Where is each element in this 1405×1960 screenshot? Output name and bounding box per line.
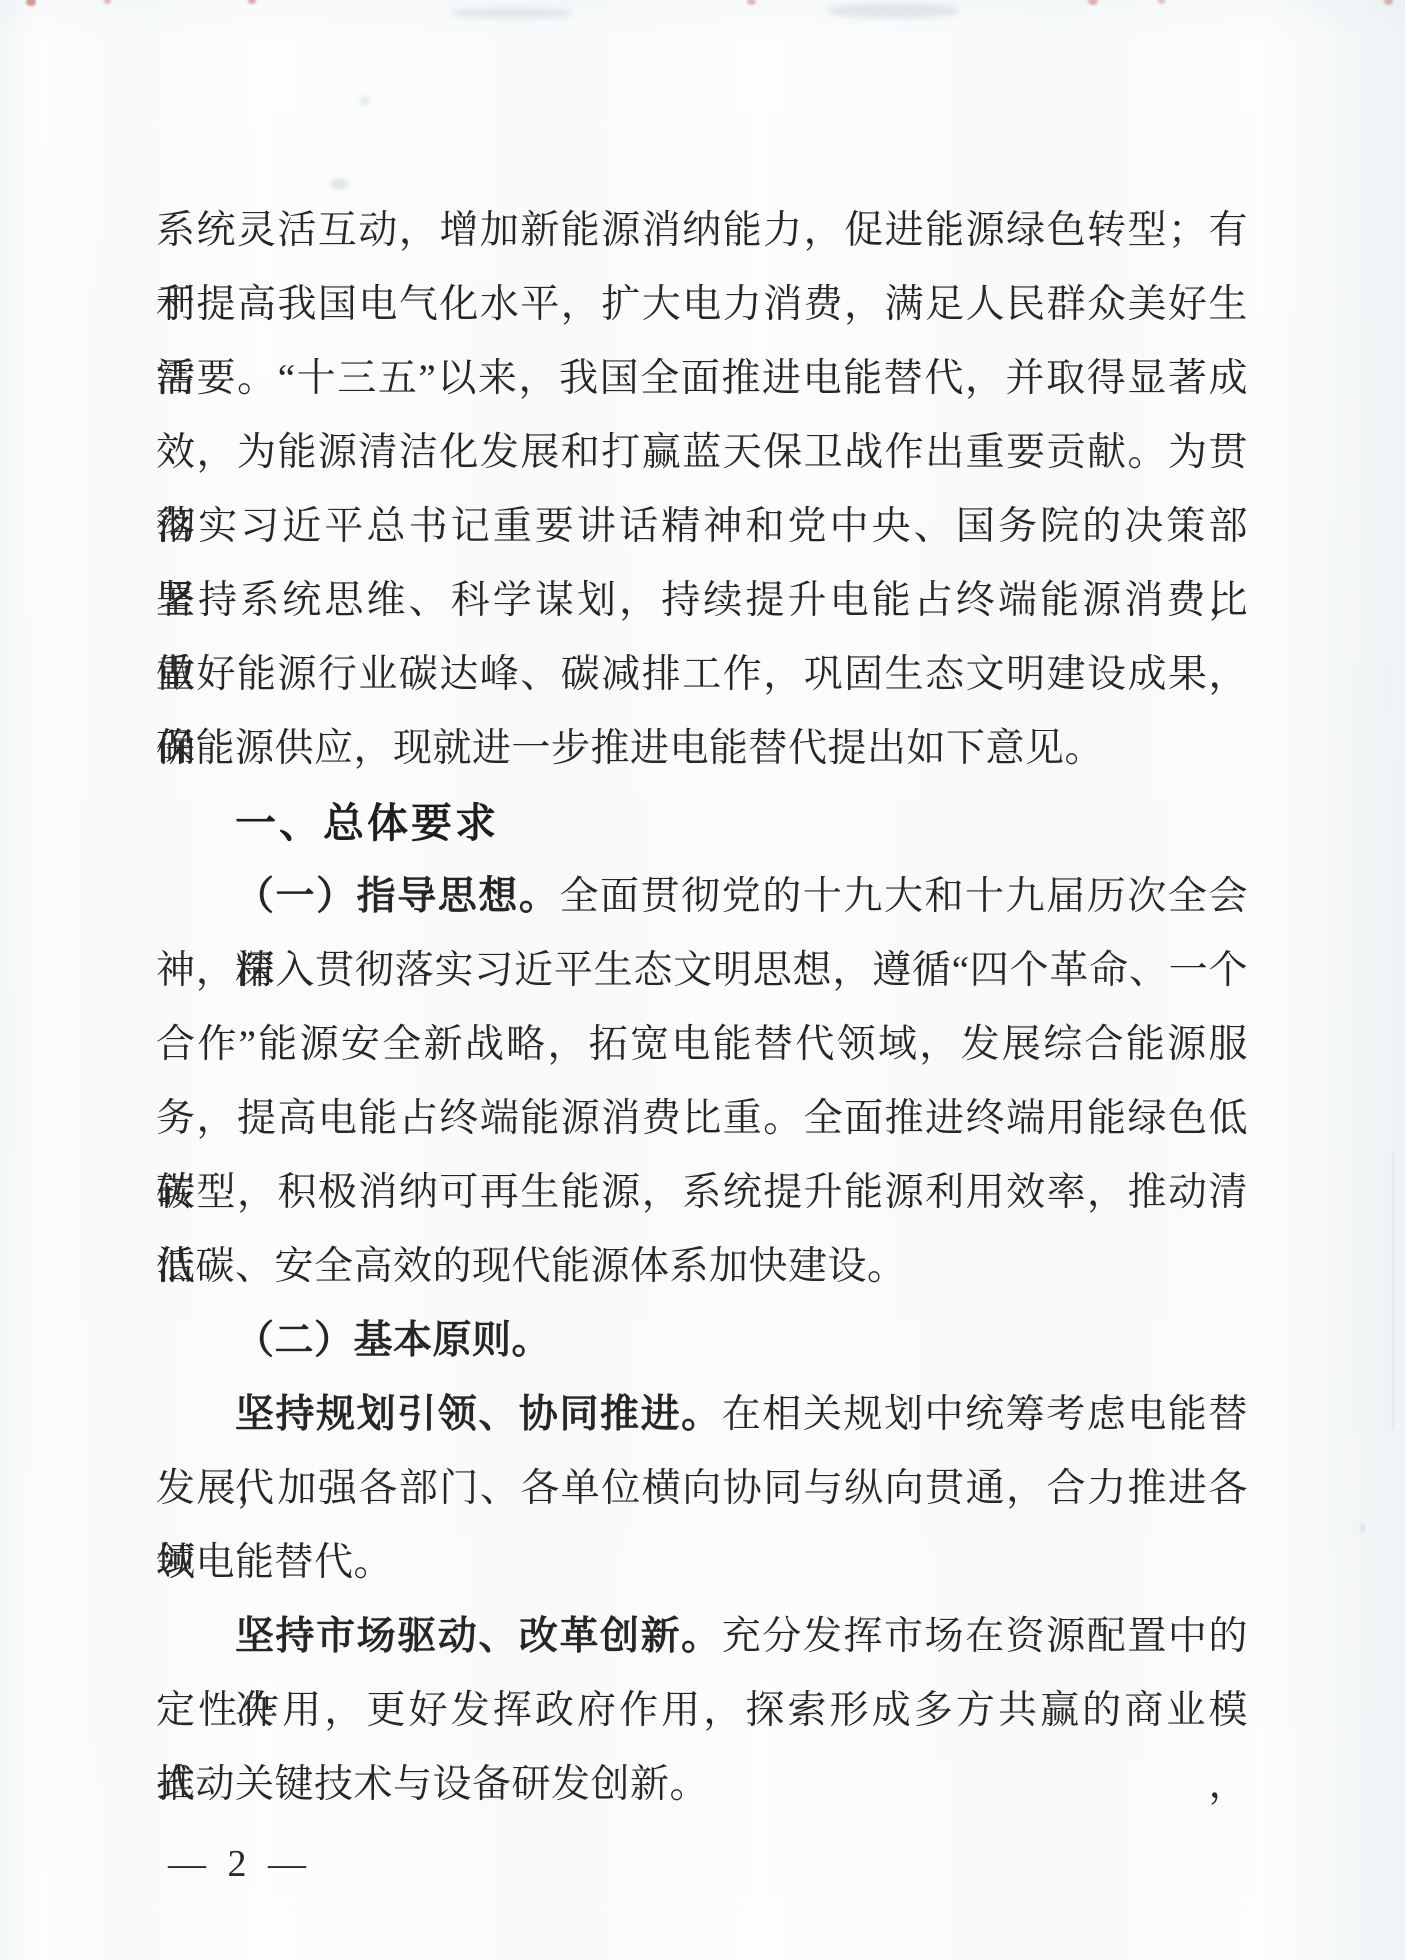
text-line: 定性作用，更好发挥政府作用，探索形成多方共赢的商业模式， <box>156 1674 1248 1748</box>
text-line: （一）指导思想。全面贯彻党的十九大和十九届历次全会精 <box>156 860 1248 934</box>
document-text: 系统灵活互动，增加新能源消纳能力，促进能源绿色转型；有利于提高我国电气化水平，扩… <box>156 194 1248 1822</box>
scan-edge-line <box>1392 1150 1394 1430</box>
text-line: 域电能替代。 <box>156 1526 1248 1600</box>
text-line: （二）基本原则。 <box>156 1304 1248 1378</box>
scan-speck <box>1088 0 1098 5</box>
text-line: 神，深入贯彻落实习近平生态文明思想，遵循“四个革命、一个 <box>156 934 1248 1008</box>
body-text: 需要。“十三五”以来，我国全面推进电能替代，并取得显著成 <box>156 357 1248 400</box>
scan-smudge <box>330 178 348 190</box>
text-line: 落实习近平总书记重要讲话精神和党中央、国务院的决策部署， <box>156 490 1248 564</box>
document-page: 系统灵活互动，增加新能源消纳能力，促进能源绿色转型；有利于提高我国电气化水平，扩… <box>0 0 1405 1960</box>
body-text: 推动关键技术与设备研发创新。 <box>156 1763 709 1806</box>
scan-speck <box>1158 0 1165 4</box>
scan-speck <box>248 0 256 4</box>
text-line: 系统灵活互动，增加新能源消纳能力，促进能源绿色转型；有利 <box>156 194 1248 268</box>
text-line: 坚持市场驱动、改革创新。充分发挥市场在资源配置中的决 <box>156 1600 1248 1674</box>
text-line: 保能源供应，现就进一步推进电能替代提出如下意见。 <box>156 712 1248 786</box>
text-line: 效，为能源清洁化发展和打赢蓝天保卫战作出重要贡献。为贯彻 <box>156 416 1248 490</box>
scan-speck <box>1360 1524 1365 1533</box>
emphasis-text: 坚持市场驱动、改革创新。 <box>235 1615 722 1658</box>
text-line: 坚持规划引领、协同推进。在相关规划中统筹考虑电能替代 <box>156 1378 1248 1452</box>
body-text: 合作”能源安全新战略，拓宽电能替代领域，发展综合能源服 <box>156 1023 1248 1066</box>
page-number: — 2 — <box>168 1842 312 1886</box>
text-line: 需要。“十三五”以来，我国全面推进电能替代，并取得显著成 <box>156 342 1248 416</box>
body-text: 域电能替代。 <box>156 1541 393 1584</box>
text-line: 于提高我国电气化水平，扩大电力消费，满足人民群众美好生活 <box>156 268 1248 342</box>
text-line: 发展，加强各部门、各单位横向协同与纵向贯通，合力推进各领 <box>156 1452 1248 1526</box>
body-text: 神，深入贯彻落实习近平生态文明思想，遵循“四个革命、一个 <box>156 949 1248 992</box>
text-line: 转型，积极消纳可再生能源，系统提升能源利用效率，推动清洁 <box>156 1156 1248 1230</box>
emphasis-text: 坚持规划引领、协同推进。 <box>235 1393 722 1436</box>
text-line: 低碳、安全高效的现代能源体系加快建设。 <box>156 1230 1248 1304</box>
scan-speck <box>26 0 36 6</box>
body-text: 保能源供应，现就进一步推进电能替代提出如下意见。 <box>156 727 1104 770</box>
section-heading: 一、总体要求 <box>156 786 1248 860</box>
scan-smudge <box>360 96 370 106</box>
scan-smudge <box>452 8 572 18</box>
text-line: 合作”能源安全新战略，拓宽电能替代领域，发展综合能源服 <box>156 1008 1248 1082</box>
scan-smudge <box>828 4 958 18</box>
text-line: 务，提高电能占终端能源消费比重。全面推进终端用能绿色低碳 <box>156 1082 1248 1156</box>
scan-speck <box>104 0 111 4</box>
scan-speck <box>747 0 756 5</box>
scan-speck <box>1384 0 1393 5</box>
body-text: 低碳、安全高效的现代能源体系加快建设。 <box>156 1245 907 1288</box>
emphasis-text: （二）基本原则。 <box>235 1319 551 1362</box>
emphasis-text: 一、总体要求 <box>235 800 499 846</box>
text-line: 坚持系统思维、科学谋划，持续提升电能占终端能源消费比重， <box>156 564 1248 638</box>
text-line: 做好能源行业碳达峰、碳减排工作，巩固生态文明建设成果，确 <box>156 638 1248 712</box>
emphasis-text: （一）指导思想。 <box>235 875 560 918</box>
